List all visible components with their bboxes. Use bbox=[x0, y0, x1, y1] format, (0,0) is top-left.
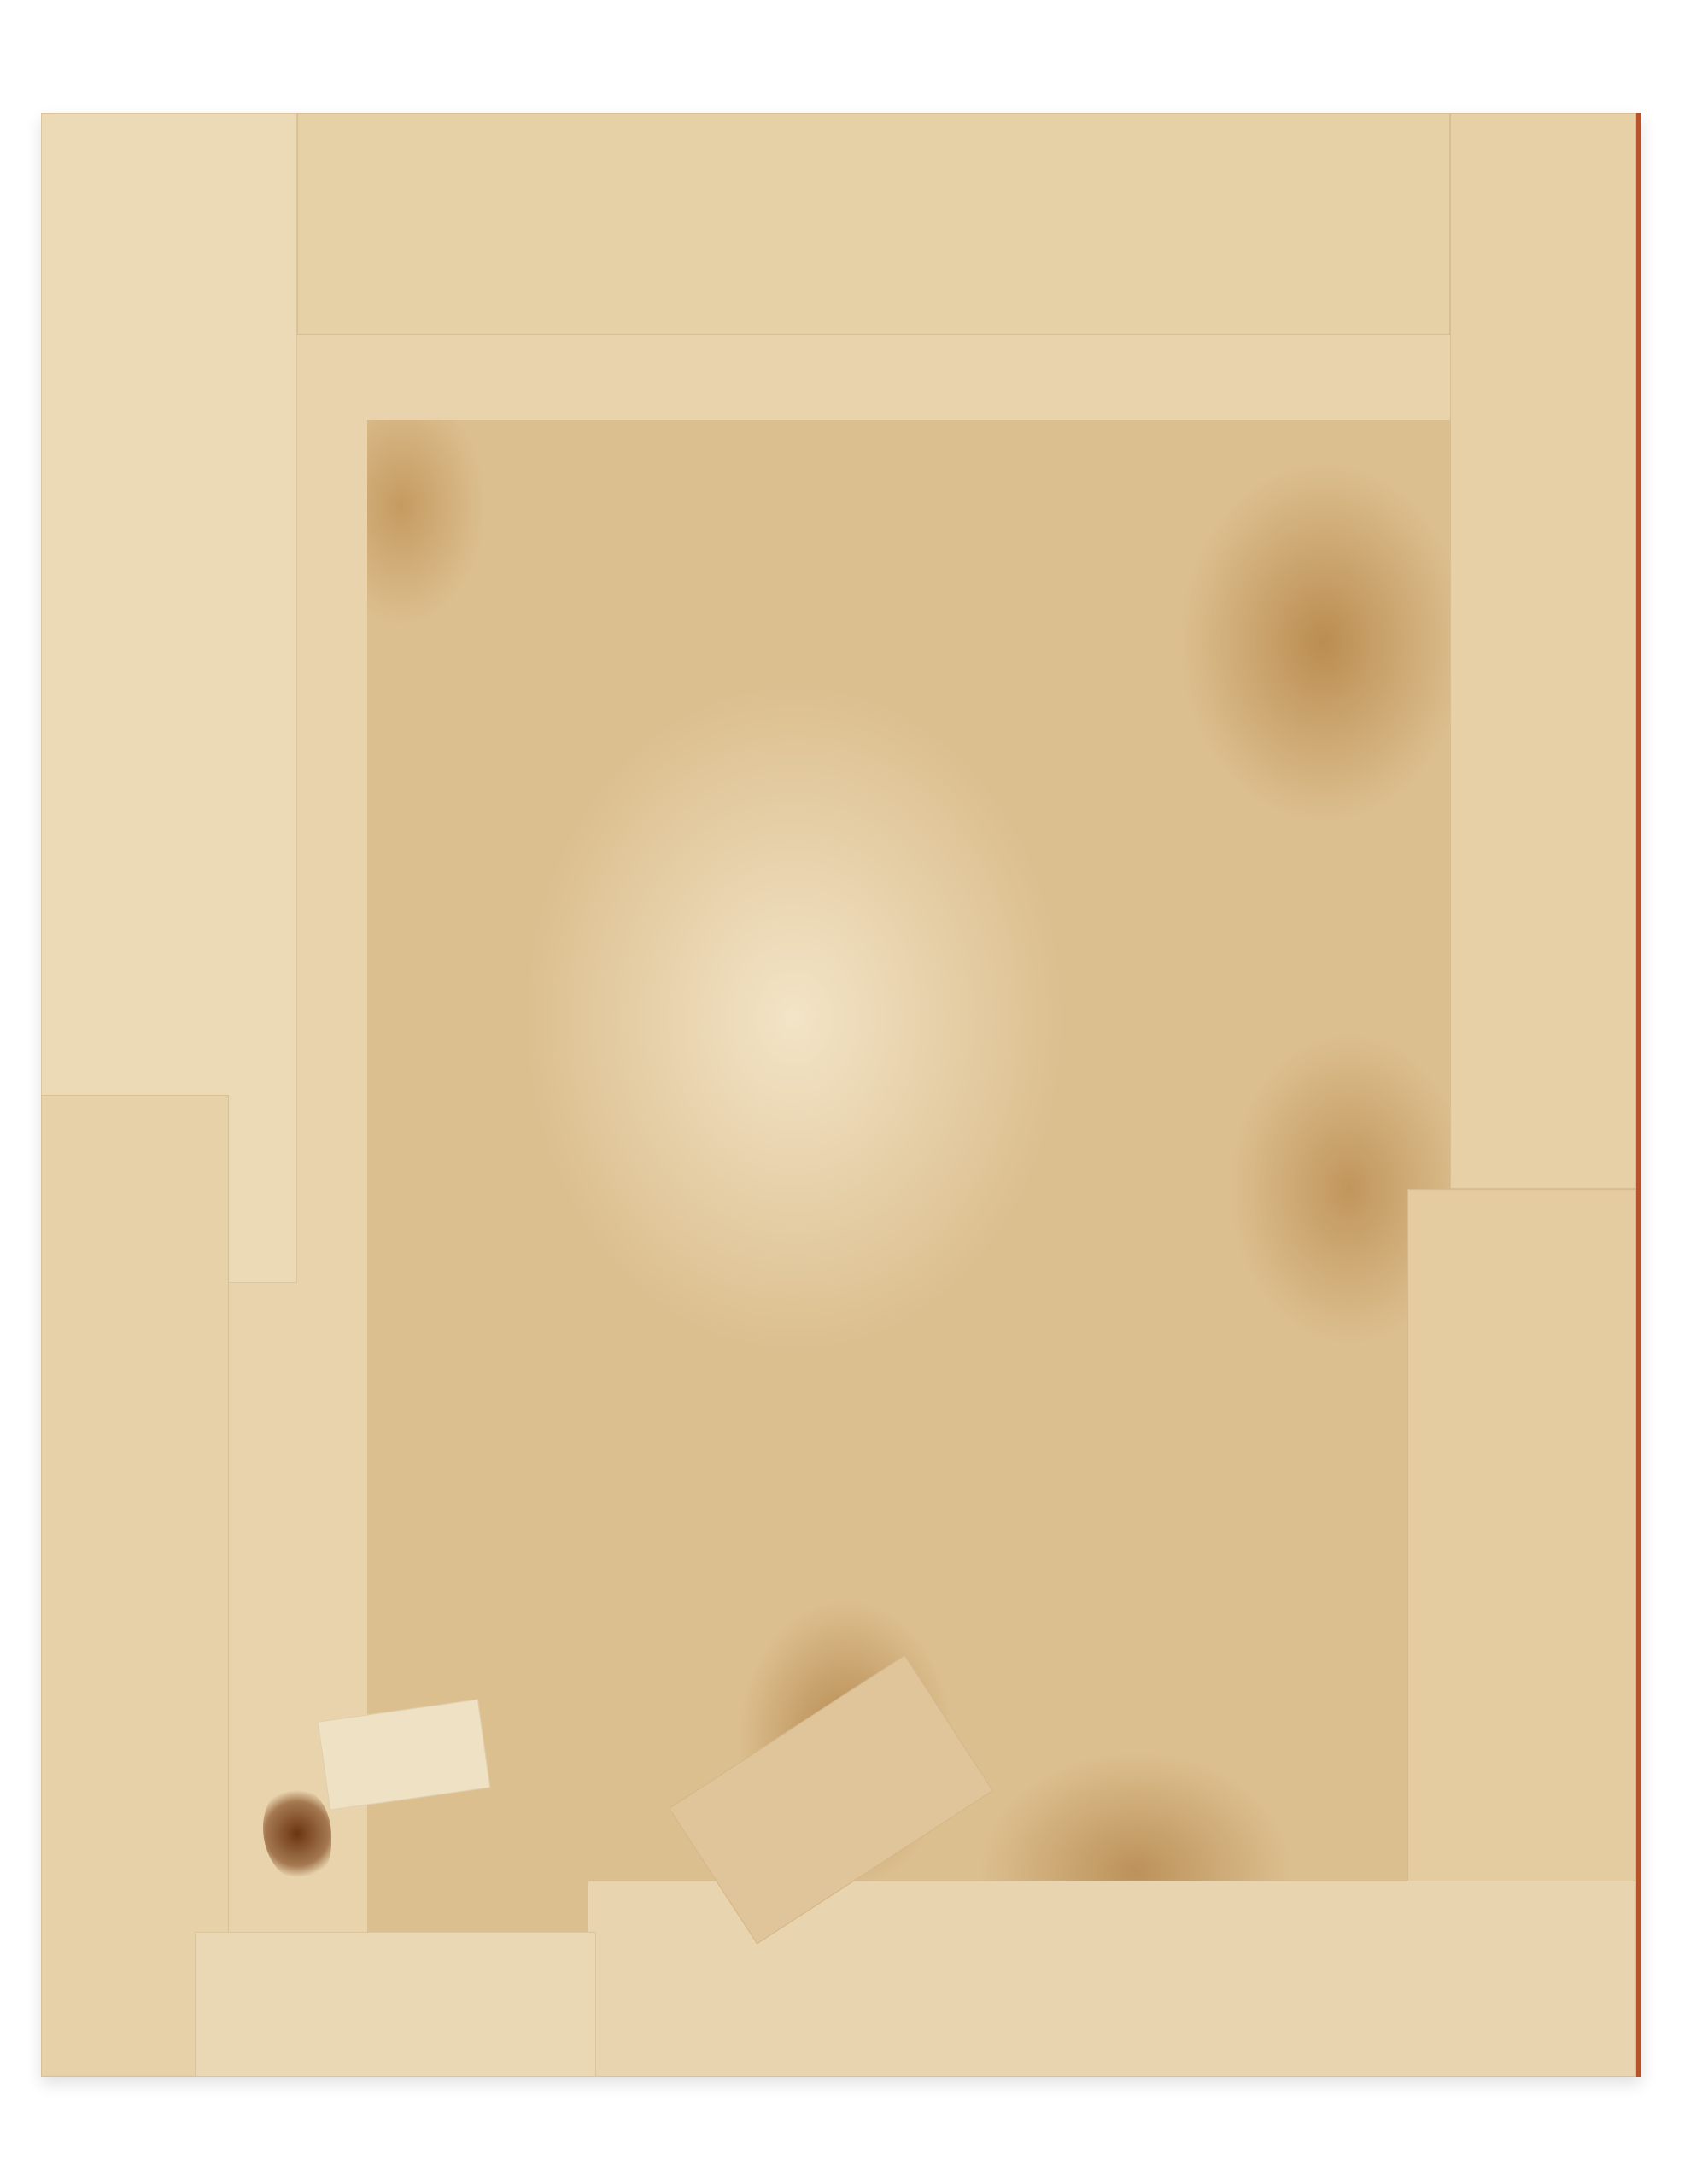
paper-sheet bbox=[41, 113, 1641, 2077]
dark-stain bbox=[263, 1787, 331, 1881]
tape-strip-bottom-left bbox=[195, 1932, 596, 2077]
tape-strip-right-upper bbox=[1450, 113, 1636, 1189]
tape-strip-top bbox=[297, 113, 1450, 335]
tape-strip-left-lower bbox=[41, 1095, 229, 2077]
